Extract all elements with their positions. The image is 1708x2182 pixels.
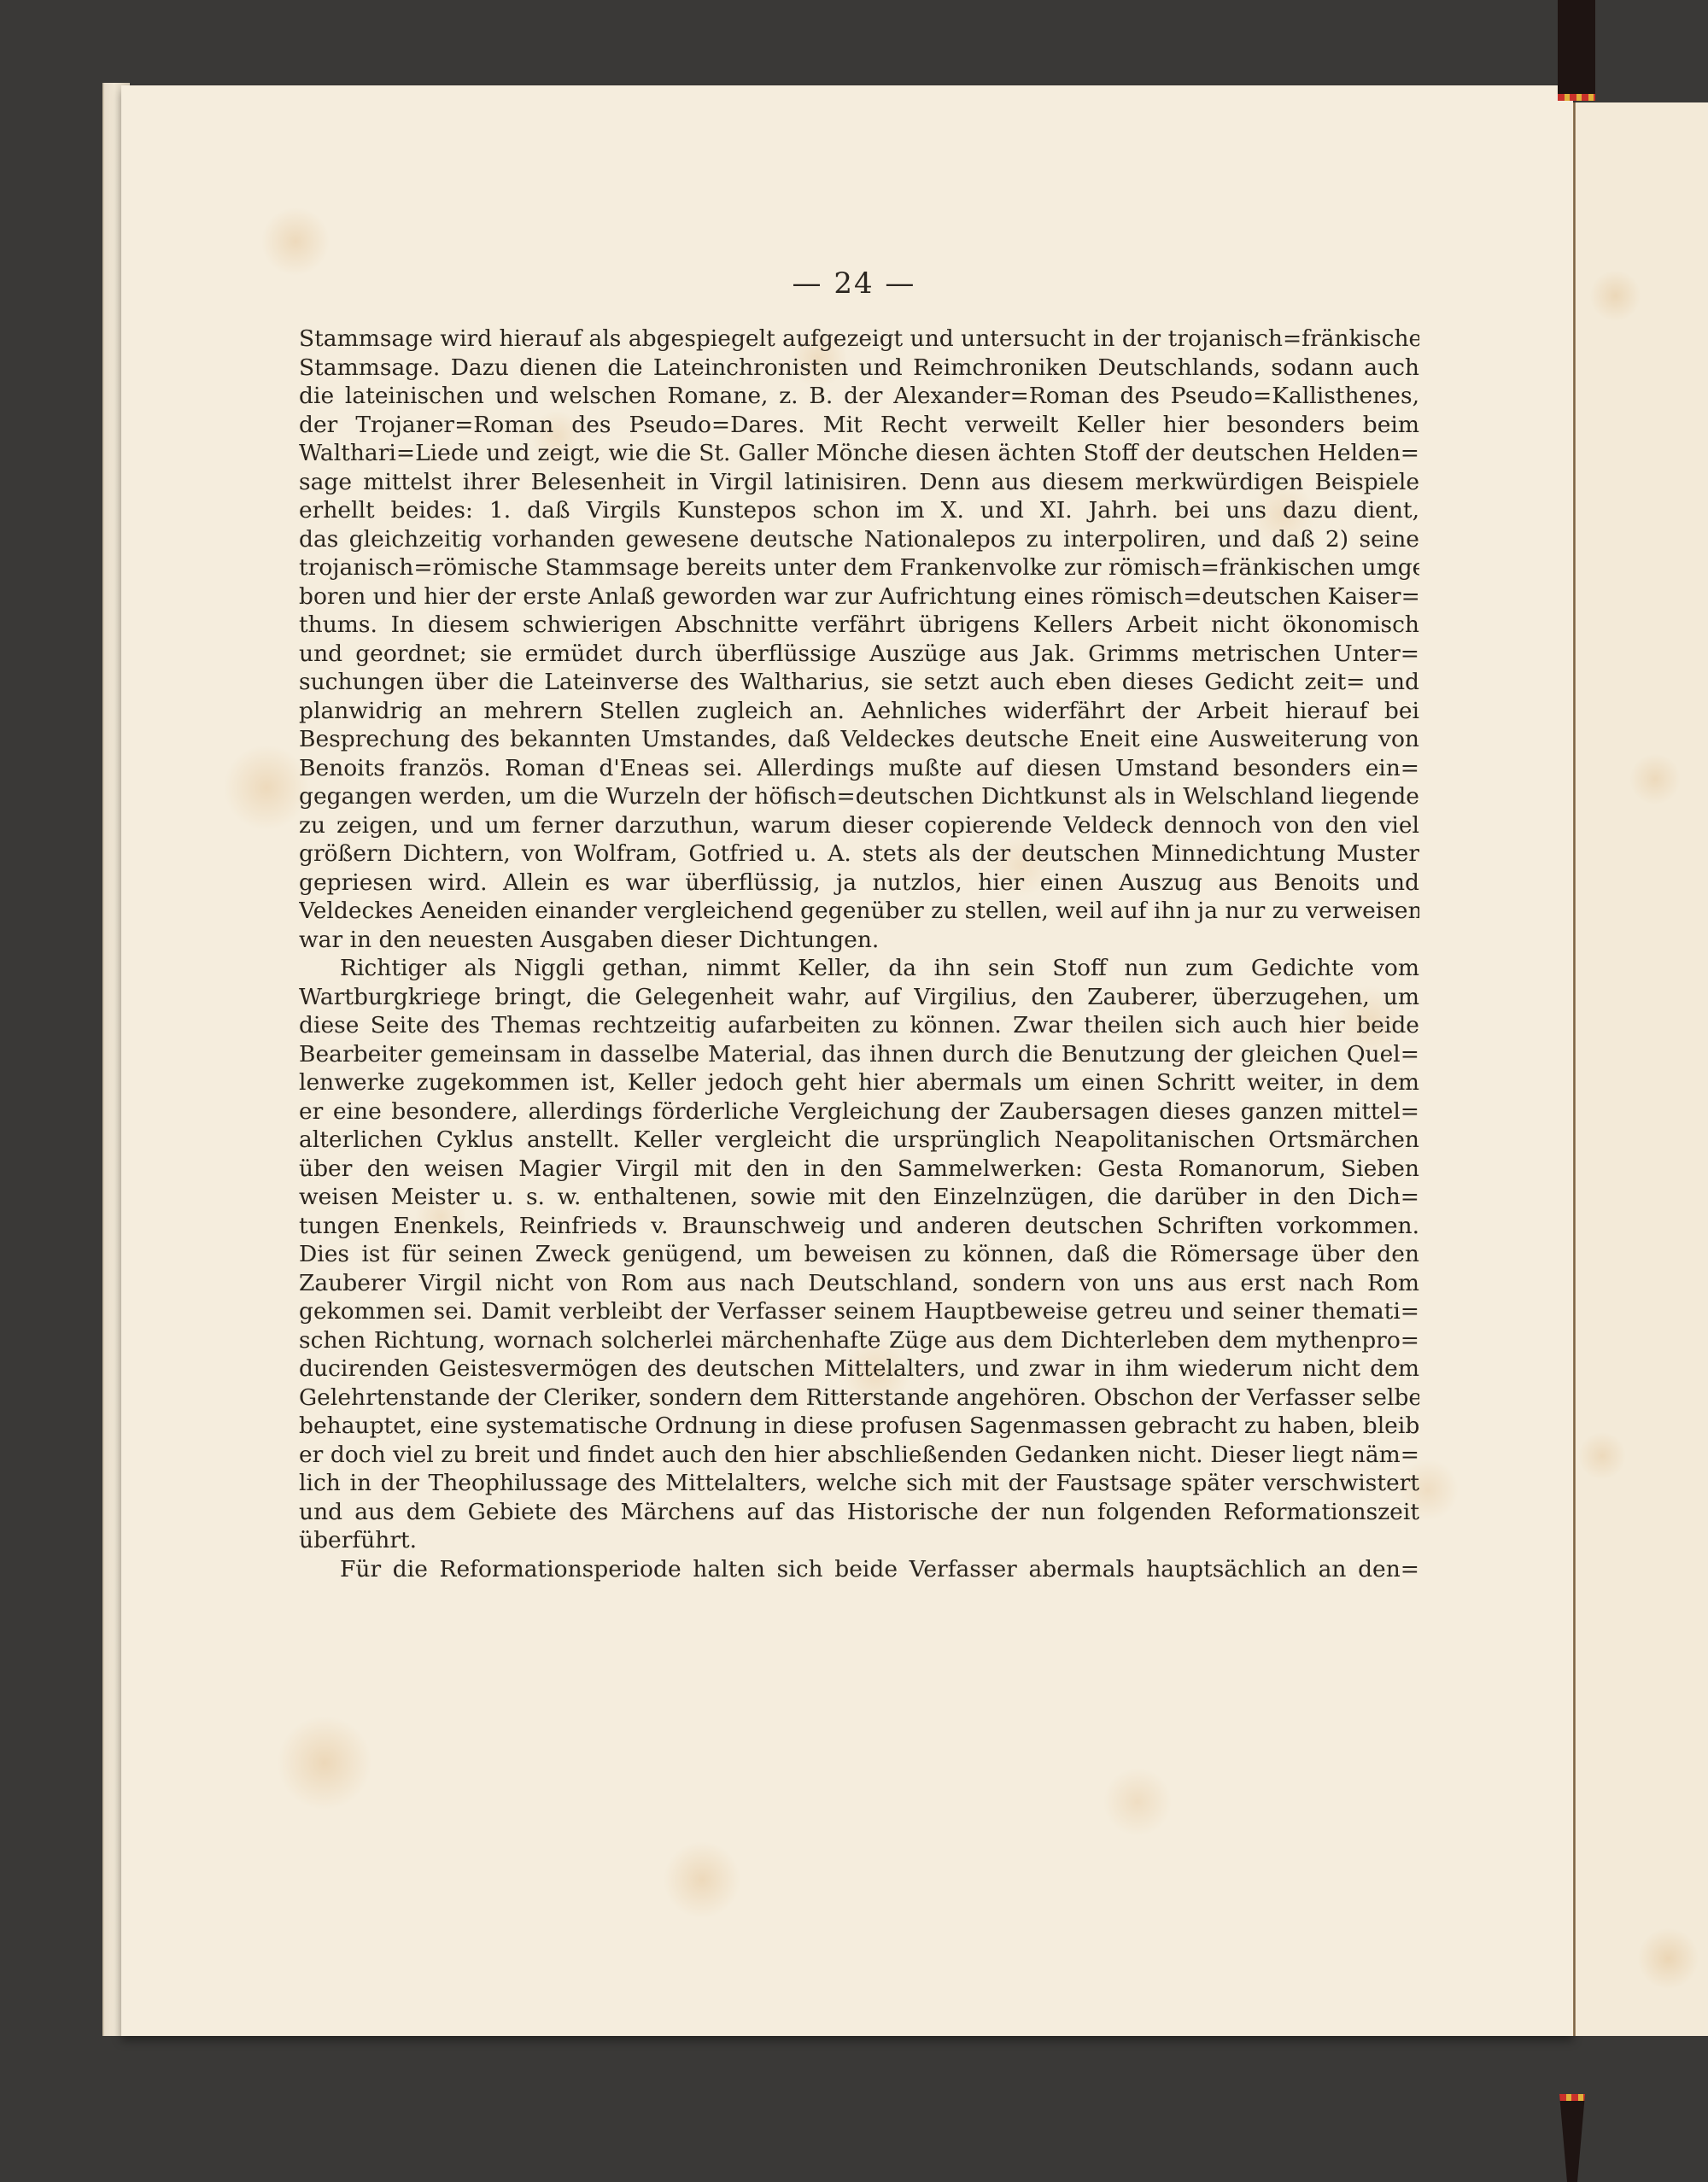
text-line: gekommen sei. Damit verbleibt der Verfas… (299, 1297, 1419, 1326)
text-line: planwidrig an mehrern Stellen zugleich a… (299, 697, 1419, 726)
text-line: erhellt beides: 1. daß Virgils Kunstepos… (299, 496, 1419, 525)
text-line: Wartburgkriege bringt, die Gelegenheit w… (299, 983, 1419, 1012)
text-line: schen Richtung, wornach solcherlei märch… (299, 1326, 1419, 1355)
text-line: die lateinischen und welschen Romane, z.… (299, 382, 1419, 411)
text-line: er eine besondere, allerdings förderlich… (299, 1097, 1419, 1126)
text-line: über den weisen Magier Virgil mit den in… (299, 1155, 1419, 1184)
text-line: suchungen über die Lateinverse des Walth… (299, 668, 1419, 697)
paragraph-3: Für die Reformationsperiode halten sich … (299, 1555, 1419, 1584)
book-gutter (1573, 102, 1576, 2036)
headband-top (1558, 0, 1595, 101)
text-line: der Trojaner=Roman des Pseudo=Dares. Mit… (299, 411, 1419, 440)
text-line: Richtiger als Niggli gethan, nimmt Kelle… (299, 954, 1419, 983)
text-line: Stammsage. Dazu dienen die Lateinchronis… (299, 354, 1419, 383)
text-line: und aus dem Gebiete des Märchens auf das… (299, 1498, 1419, 1527)
paragraph-1: Stammsage wird hierauf als abgespiegelt … (299, 325, 1419, 954)
text-line: und geordnet; sie ermüdet durch überflüs… (299, 640, 1419, 669)
text-line: boren und hier der erste Anlaß geworden … (299, 582, 1419, 611)
text-line: gepriesen wird. Allein es war überflüssi… (299, 869, 1419, 898)
text-line: Stammsage wird hierauf als abgespiegelt … (299, 325, 1419, 354)
text-line: Zauberer Virgil nicht von Rom aus nach D… (299, 1269, 1419, 1298)
text-line: überführt. (299, 1526, 1419, 1555)
text-line: ducirenden Geistesvermögen des deutschen… (299, 1354, 1419, 1383)
text-line: Walthari=Liede und zeigt, wie die St. Ga… (299, 439, 1419, 468)
paragraph-2: Richtiger als Niggli gethan, nimmt Kelle… (299, 954, 1419, 1555)
text-line: Bearbeiter gemeinsam in dasselbe Materia… (299, 1040, 1419, 1069)
text-line: lenwerke zugekommen ist, Keller jedoch g… (299, 1068, 1419, 1097)
text-line: Für die Reformationsperiode halten sich … (299, 1555, 1419, 1584)
text-line: er doch viel zu breit und findet auch de… (299, 1441, 1419, 1470)
text-line: alterlichen Cyklus anstellt. Keller verg… (299, 1126, 1419, 1155)
text-line: Gelehrtenstande der Cleriker, sondern de… (299, 1383, 1419, 1413)
text-line: behauptet, eine systematische Ordnung in… (299, 1412, 1419, 1441)
text-line: weisen Meister u. s. w. enthaltenen, sow… (299, 1183, 1419, 1212)
text-line: war in den neuesten Ausgaben dieser Dich… (299, 926, 1419, 955)
text-line: das gleichzeitig vorhanden gewesene deut… (299, 525, 1419, 554)
text-line: zu zeigen, und um ferner darzuthun, waru… (299, 811, 1419, 840)
text-line: lich in der Theophilussage des Mittelalt… (299, 1469, 1419, 1498)
text-line: Dies ist für seinen Zweck genügend, um b… (299, 1240, 1419, 1269)
text-line: Besprechung des bekannten Umstandes, daß… (299, 725, 1419, 754)
headband-bottom (1559, 2094, 1585, 2182)
text-line: größern Dichtern, von Wolfram, Gotfried … (299, 839, 1419, 869)
text-line: sage mittelst ihrer Belesenheit in Virgi… (299, 468, 1419, 497)
text-line: diese Seite des Themas rechtzeitig aufar… (299, 1011, 1419, 1040)
text-line: tungen Enenkels, Reinfrieds v. Braunschw… (299, 1212, 1419, 1241)
facing-page-edge (1576, 102, 1708, 2036)
body-text: Stammsage wird hierauf als abgespiegelt … (299, 325, 1419, 1583)
text-line: Veldeckes Aeneiden einander vergleichend… (299, 897, 1419, 926)
text-line: trojanisch=römische Stammsage bereits un… (299, 553, 1419, 582)
text-line: thums. In diesem schwierigen Abschnitte … (299, 611, 1419, 640)
page-number: — 24 — (0, 266, 1708, 301)
text-line: gegangen werden, um die Wurzeln der höfi… (299, 782, 1419, 811)
text-line: Benoits französ. Roman d'Eneas sei. Alle… (299, 754, 1419, 783)
